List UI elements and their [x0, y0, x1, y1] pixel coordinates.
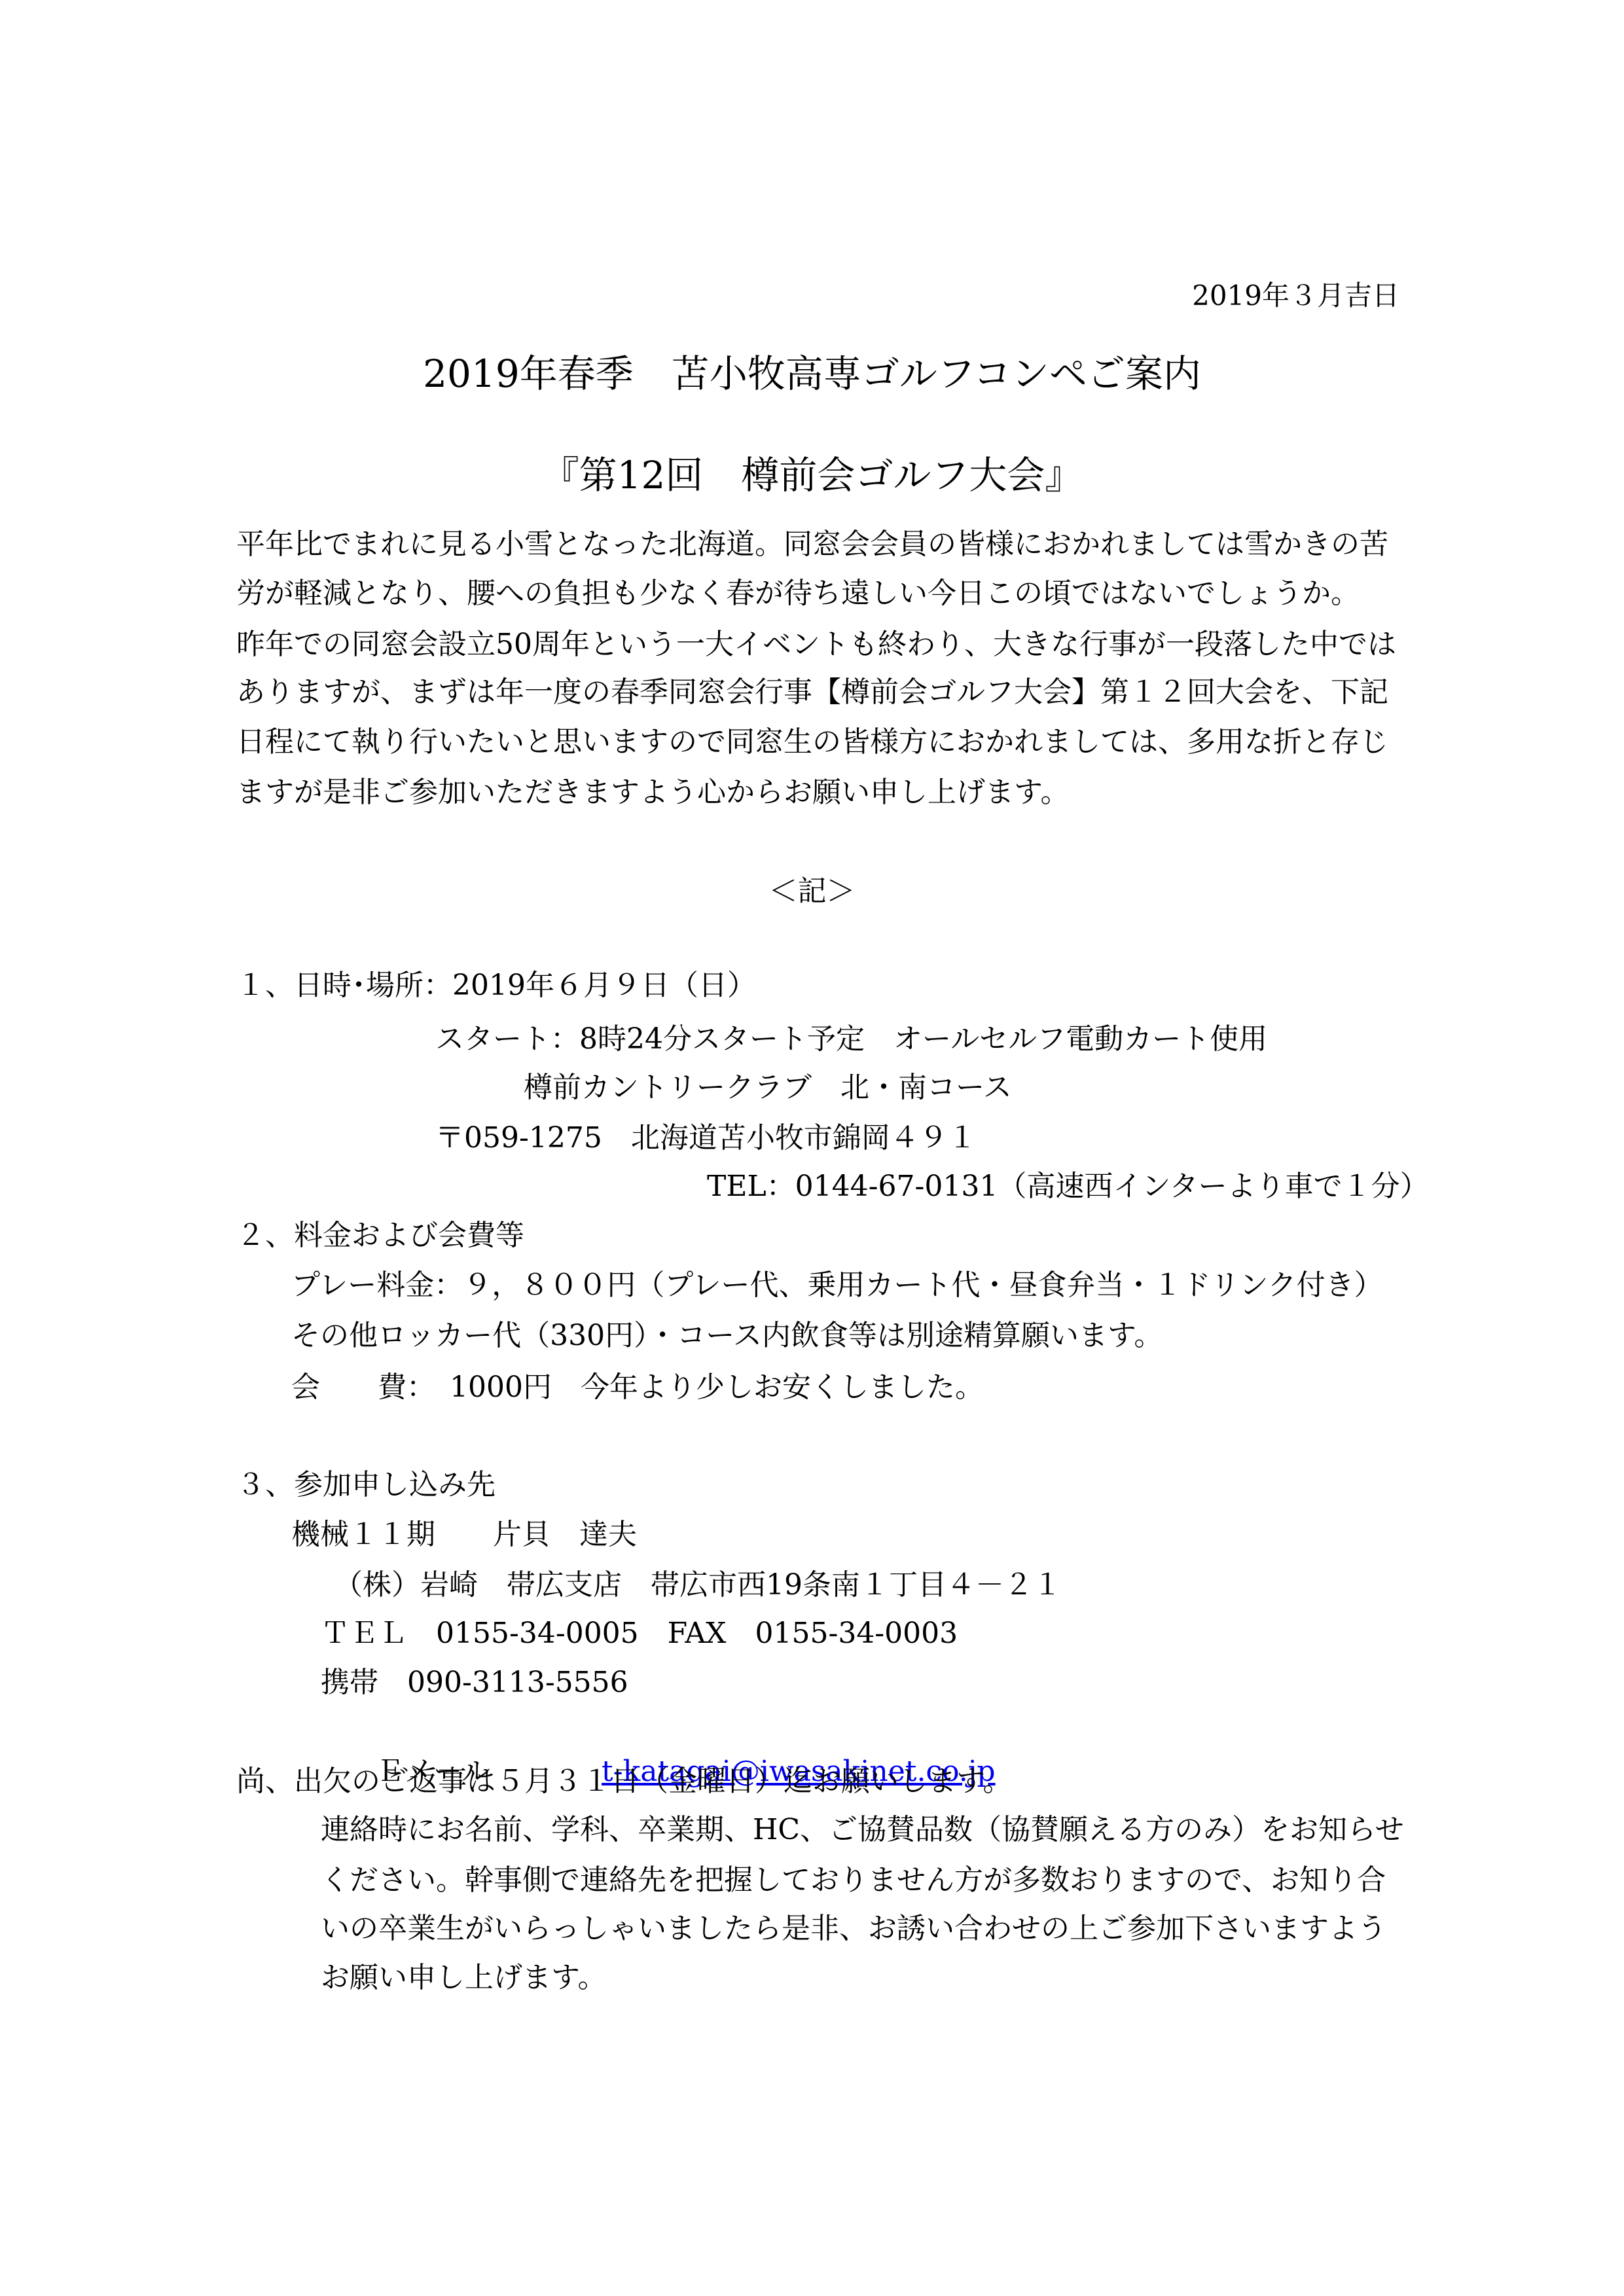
other-fees: その他ロッカー代（330円）・コース内飲食等は別途精算願います。 [291, 1316, 1163, 1355]
intro-line: ますが是非ご参加いただきますよう心からお願い申し上げます。 [236, 773, 1400, 812]
contact-name: 機械１１期 片貝 達夫 [291, 1515, 637, 1554]
ki-heading: ＜記＞ [0, 872, 1624, 911]
contact-company: （株）岩崎 帯広支店 帯広市西19条南１丁目４－２１ [334, 1566, 1062, 1605]
intro-line: 日程にて執り行いたいと思いますので同窓生の皆様方におかれましては、多用な折と存じ [236, 723, 1400, 762]
membership-fee: 会 費： 1000円 今年より少しお安くしました。 [291, 1368, 984, 1407]
course-name: 樽前カントリークラブ 北・南コース [524, 1068, 1012, 1107]
issue-date: 2019年３月吉日 [1192, 276, 1399, 315]
note-line: ください。幹事側で連絡先を把握しておりません方が多数おりますので、お知り合 [321, 1861, 1386, 1900]
page-title: 2019年春季 苫小牧高専ゴルフコンペご案内 [0, 350, 1624, 397]
note-line: いの卒業生がいらっしゃいましたら是非、お誘い合わせの上ご参加下さいますよう [321, 1909, 1386, 1948]
section2-heading: ２、料金および会費等 [236, 1216, 524, 1255]
start-time: スタート：8時24分スタート予定 オールセルフ電動カート使用 [435, 1020, 1267, 1059]
note-line: 連絡時にお名前、学科、卒業期、HC、ご協賛品数（協賛願える方のみ）をお知らせ [321, 1810, 1404, 1850]
play-fee: プレー料金：９，８００円（プレー代、乗用カート代・昼食弁当・１ドリンク付き） [291, 1266, 1383, 1305]
section1-heading: １、日時･場所：2019年６月９日（日） [236, 966, 756, 1005]
intro-line: 昨年での同窓会設立50周年という一大イベントも終わり、大きな行事が一段落した中で… [236, 625, 1400, 664]
course-tel: TEL：0144-67-0131（高速西インターより車で１分） [707, 1167, 1429, 1206]
section3-heading: ３、参加申し込み先 [236, 1465, 496, 1505]
intro-line: 労が軽減となり、腰への負担も少なく春が待ち遠しい今日この頃ではないでしょうか。 [236, 574, 1400, 613]
intro-line: ありますが、まずは年一度の春季同窓会行事【樽前会ゴルフ大会】第１２回大会を、下記 [236, 673, 1400, 712]
reply-deadline: 尚、出欠のご返事は５月３１日（金曜日）迄お願いします。 [236, 1762, 1011, 1801]
note-line: お願い申し上げます。 [321, 1958, 606, 1998]
intro-line: 平年比でまれに見る小雪となった北海道。同窓会会員の皆様におかれましては雪かきの苦 [236, 525, 1400, 564]
course-address: 〒059-1275 北海道苫小牧市錦岡４９１ [435, 1119, 977, 1158]
contact-tel-fax: ＴＥＬ 0155-34-0005 FAX 0155-34-0003 [321, 1614, 958, 1653]
event-title: 『第12回 樽前会ゴルフ大会』 [0, 452, 1624, 499]
contact-mobile: 携帯 090-3113-5556 [321, 1663, 628, 1702]
